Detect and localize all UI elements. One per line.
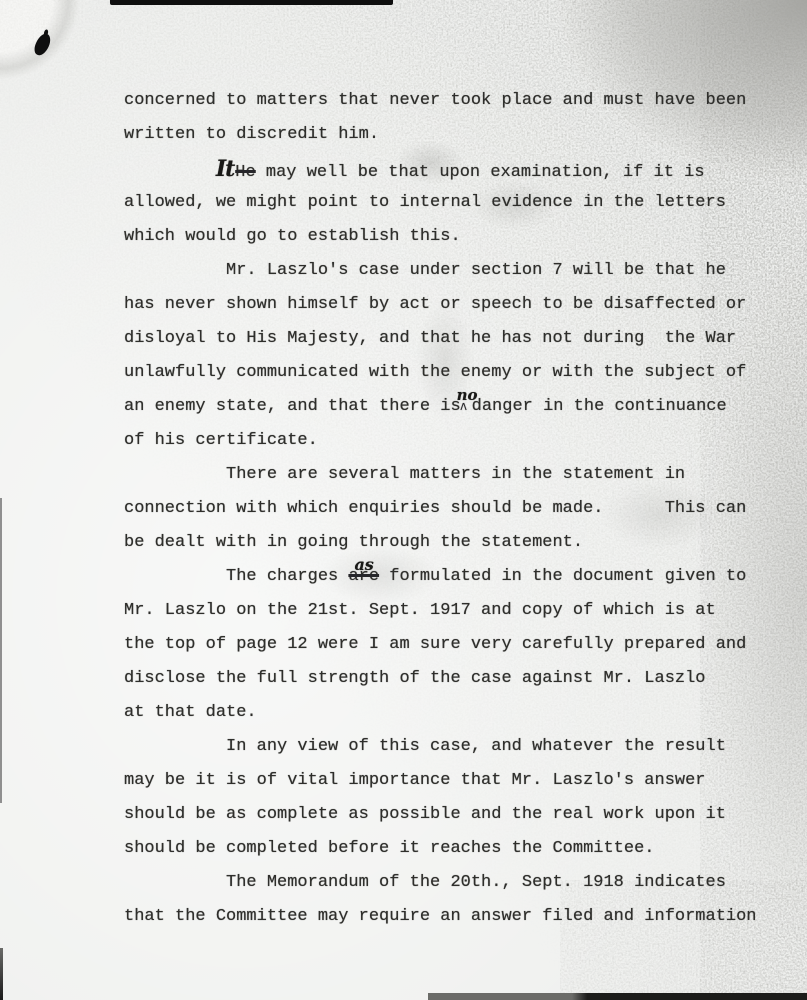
typed-text: [124, 163, 216, 182]
typed-text: should be completed before it reaches th…: [124, 839, 655, 858]
text-line: connection with which enquiries should b…: [124, 492, 784, 526]
left-edge-bottom-mark: [0, 948, 3, 1000]
typed-text: There are several matters in the stateme…: [124, 465, 685, 484]
handwritten-correction: areas: [348, 560, 379, 594]
scanned-document-page: concerned to matters that never took pla…: [0, 0, 807, 1000]
typed-text: concerned to matters that never took pla…: [124, 91, 746, 110]
typed-text: The charges: [124, 567, 348, 586]
handwritten-word: It: [216, 156, 234, 182]
typed-text: allowed, we might point to internal evid…: [124, 193, 726, 212]
typed-text: which would go to establish this.: [124, 227, 461, 246]
text-line: be dealt with in going through the state…: [124, 526, 784, 560]
typed-text: has never shown himself by act or speech…: [124, 295, 746, 314]
text-line: There are several matters in the stateme…: [124, 458, 784, 492]
ink-blob-mark: [32, 31, 53, 57]
text-line: the top of page 12 were I am sure very c…: [124, 628, 784, 662]
text-line: of his certificate.: [124, 424, 784, 458]
typed-text: formulated in the document given to: [379, 567, 746, 586]
text-line: In any view of this case, and whatever t…: [124, 730, 784, 764]
text-line: written to discredit him.: [124, 118, 784, 152]
bottom-edge-scan-bar: [428, 993, 807, 1000]
typed-text: should be as complete as possible and th…: [124, 805, 726, 824]
typed-text: written to discredit him.: [124, 125, 379, 144]
text-line: Mr. Laszlo on the 21st. Sept. 1917 and c…: [124, 594, 784, 628]
text-line: The charges areas formulated in the docu…: [124, 560, 784, 594]
text-line: The Memorandum of the 20th., Sept. 1918 …: [124, 866, 784, 900]
typed-text: Mr. Laszlo's case under section 7 will b…: [124, 261, 726, 280]
text-line: should be as complete as possible and th…: [124, 798, 784, 832]
top-edge-black-bar: [110, 0, 393, 5]
text-line: an enemy state, and that there isno^dang…: [124, 390, 784, 424]
caret-mark: ^: [460, 402, 468, 418]
text-line: disclose the full strength of the case a…: [124, 662, 784, 696]
text-line: at that date.: [124, 696, 784, 730]
typed-text: unlawfully communicated with the enemy o…: [124, 363, 746, 382]
inserted-handwritten-word: as: [354, 557, 373, 573]
typed-text: disloyal to His Majesty, and that he has…: [124, 329, 736, 348]
typed-text: The Memorandum of the 20th., Sept. 1918 …: [124, 873, 726, 892]
document-body: concerned to matters that never took pla…: [124, 84, 784, 934]
typed-text: be dealt with in going through the state…: [124, 533, 583, 552]
typed-text: an enemy state, and that there is: [124, 397, 461, 416]
typed-text: disclose the full strength of the case a…: [124, 669, 706, 688]
text-line: concerned to matters that never took pla…: [124, 84, 784, 118]
text-line: allowed, we might point to internal evid…: [124, 186, 784, 220]
typed-text: Mr. Laszlo on the 21st. Sept. 1917 and c…: [124, 601, 716, 620]
text-line: which would go to establish this.: [124, 220, 784, 254]
caret-insertion: no^: [461, 390, 472, 424]
typed-text: of his certificate.: [124, 431, 318, 450]
text-line: ItHe may well be that upon examination, …: [124, 152, 784, 186]
text-line: that the Committee may require an answer…: [124, 900, 784, 934]
struck-word: He: [235, 163, 255, 182]
typed-text: may well be that upon examination, if it…: [256, 163, 705, 182]
typed-text: In any view of this case, and whatever t…: [124, 737, 726, 756]
typed-text: danger in the continuance: [472, 397, 727, 416]
typed-text: that the Committee may require an answer…: [124, 907, 757, 926]
typed-text: may be it is of vital importance that Mr…: [124, 771, 706, 790]
text-line: unlawfully communicated with the enemy o…: [124, 356, 784, 390]
text-line: disloyal to His Majesty, and that he has…: [124, 322, 784, 356]
typed-text: at that date.: [124, 703, 257, 722]
left-edge-scan-line: [0, 498, 2, 803]
text-line: may be it is of vital importance that Mr…: [124, 764, 784, 798]
typed-text: connection with which enquiries should b…: [124, 499, 746, 518]
text-line: has never shown himself by act or speech…: [124, 288, 784, 322]
text-line: Mr. Laszlo's case under section 7 will b…: [124, 254, 784, 288]
text-line: should be completed before it reaches th…: [124, 832, 784, 866]
typed-text: the top of page 12 were I am sure very c…: [124, 635, 746, 654]
